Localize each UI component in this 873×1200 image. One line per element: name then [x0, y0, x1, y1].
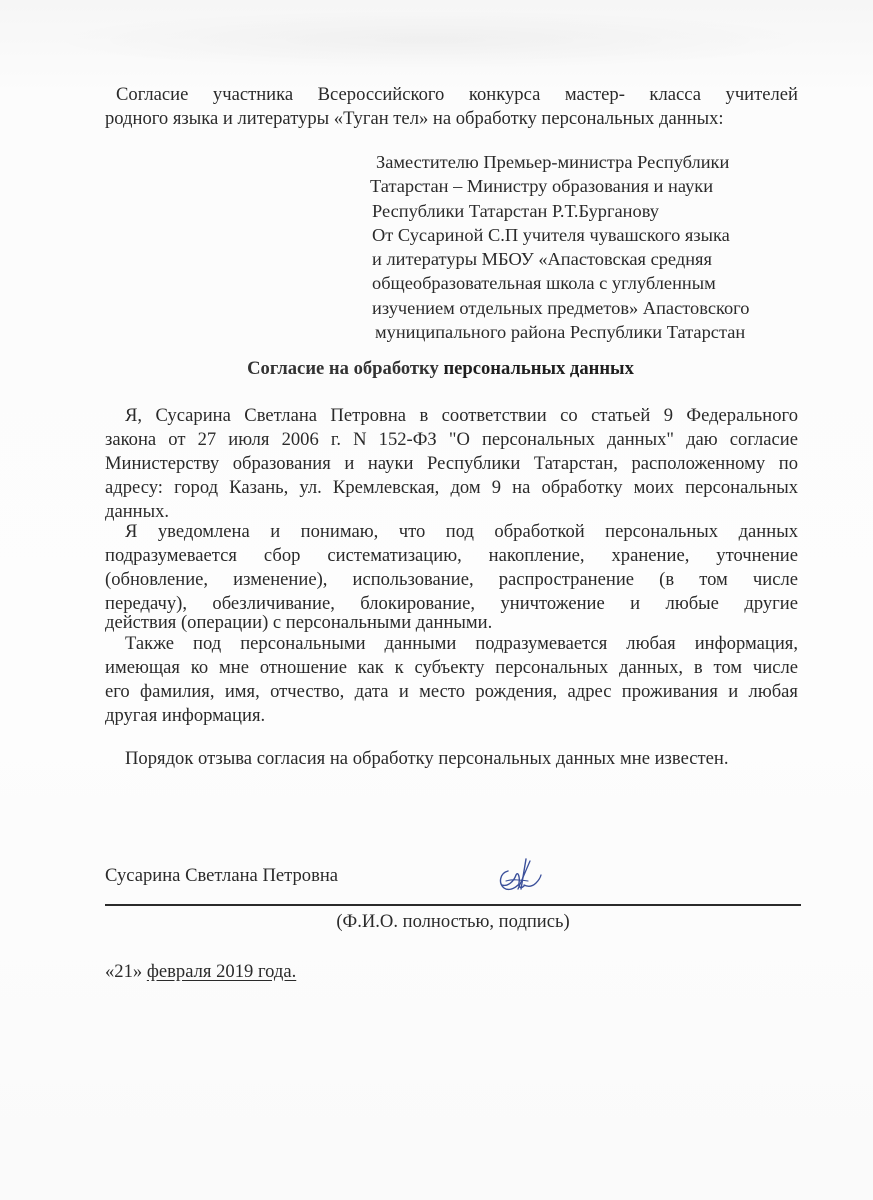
paragraph-3-line-4: другая информация. — [105, 704, 265, 728]
scan-bleed-through — [40, 10, 820, 70]
paragraph-1-line-4: адресу: город Казань, ул. Кремлевская, д… — [105, 476, 798, 500]
paragraph-4: Порядок отзыва согласия на обработку пер… — [125, 747, 729, 771]
title-part-1: Согласие на обработку — [247, 358, 443, 379]
signature-caption: (Ф.И.О. полностью, подпись) — [105, 910, 801, 934]
intro-line-1: Согласие участника Всероссийского конкур… — [116, 83, 798, 107]
addressee-line-6: общеобразовательная школа с углубленным — [372, 271, 749, 295]
paragraph-1-line-1: Я, Сусарина Светлана Петровна в соответс… — [125, 404, 798, 428]
paragraph-2-line-2: подразумевается сбор систематизацию, нак… — [105, 544, 798, 568]
addressee-line-4: От Сусариной С.П учителя чувашского язык… — [372, 223, 749, 247]
signature-underline — [105, 904, 801, 906]
paragraph-2-line-1: Я уведомлена и понимаю, что под обработк… — [125, 520, 798, 544]
scanned-page: Согласие участника Всероссийского конкур… — [0, 0, 873, 1200]
addressee-line-8: муниципального района Республики Татарст… — [375, 320, 749, 344]
date-day: «21» — [105, 961, 142, 982]
addressee-block: Заместителю Премьер-министра Республики … — [370, 150, 749, 344]
intro-line-2: родного языка и литературы «Туган тел» н… — [105, 107, 724, 131]
document-date: «21» февраля 2019 года. — [105, 960, 296, 984]
handwritten-signature-icon — [494, 853, 546, 895]
document-title: Согласие на обработку персональных данны… — [0, 357, 873, 381]
paragraph-3-line-3: его фамилия, имя, отчество, дата и место… — [105, 680, 798, 704]
addressee-line-2: Татарстан – Министру образования и науки — [370, 174, 749, 198]
title-part-2: персональных данных — [443, 358, 633, 379]
date-month-year: февраля 2019 года. — [147, 961, 296, 982]
addressee-line-5: и литературы МБОУ «Апастовская средняя — [372, 247, 749, 271]
paragraph-1-line-2: закона от 27 июля 2006 г. N 152-ФЗ "О пе… — [105, 428, 798, 452]
paragraph-3-line-1: Также под персональными данными подразум… — [125, 632, 798, 656]
addressee-line-1: Заместителю Премьер-министра Республики — [376, 150, 749, 174]
paragraph-1-line-3: Министерству образования и науки Республ… — [105, 452, 798, 476]
paragraph-3-line-2: имеющая ко мне отношение как к субъекту … — [105, 656, 798, 680]
signatory-name: Сусарина Светлана Петровна — [105, 864, 338, 888]
addressee-line-3: Республики Татарстан Р.Т.Бурганову — [372, 199, 749, 223]
paragraph-2-line-5: действия (операции) с персональными данн… — [105, 611, 492, 635]
paragraph-2-line-3: (обновление, изменение), использование, … — [105, 568, 798, 592]
addressee-line-7: изучением отдельных предметов» Апастовск… — [372, 296, 749, 320]
